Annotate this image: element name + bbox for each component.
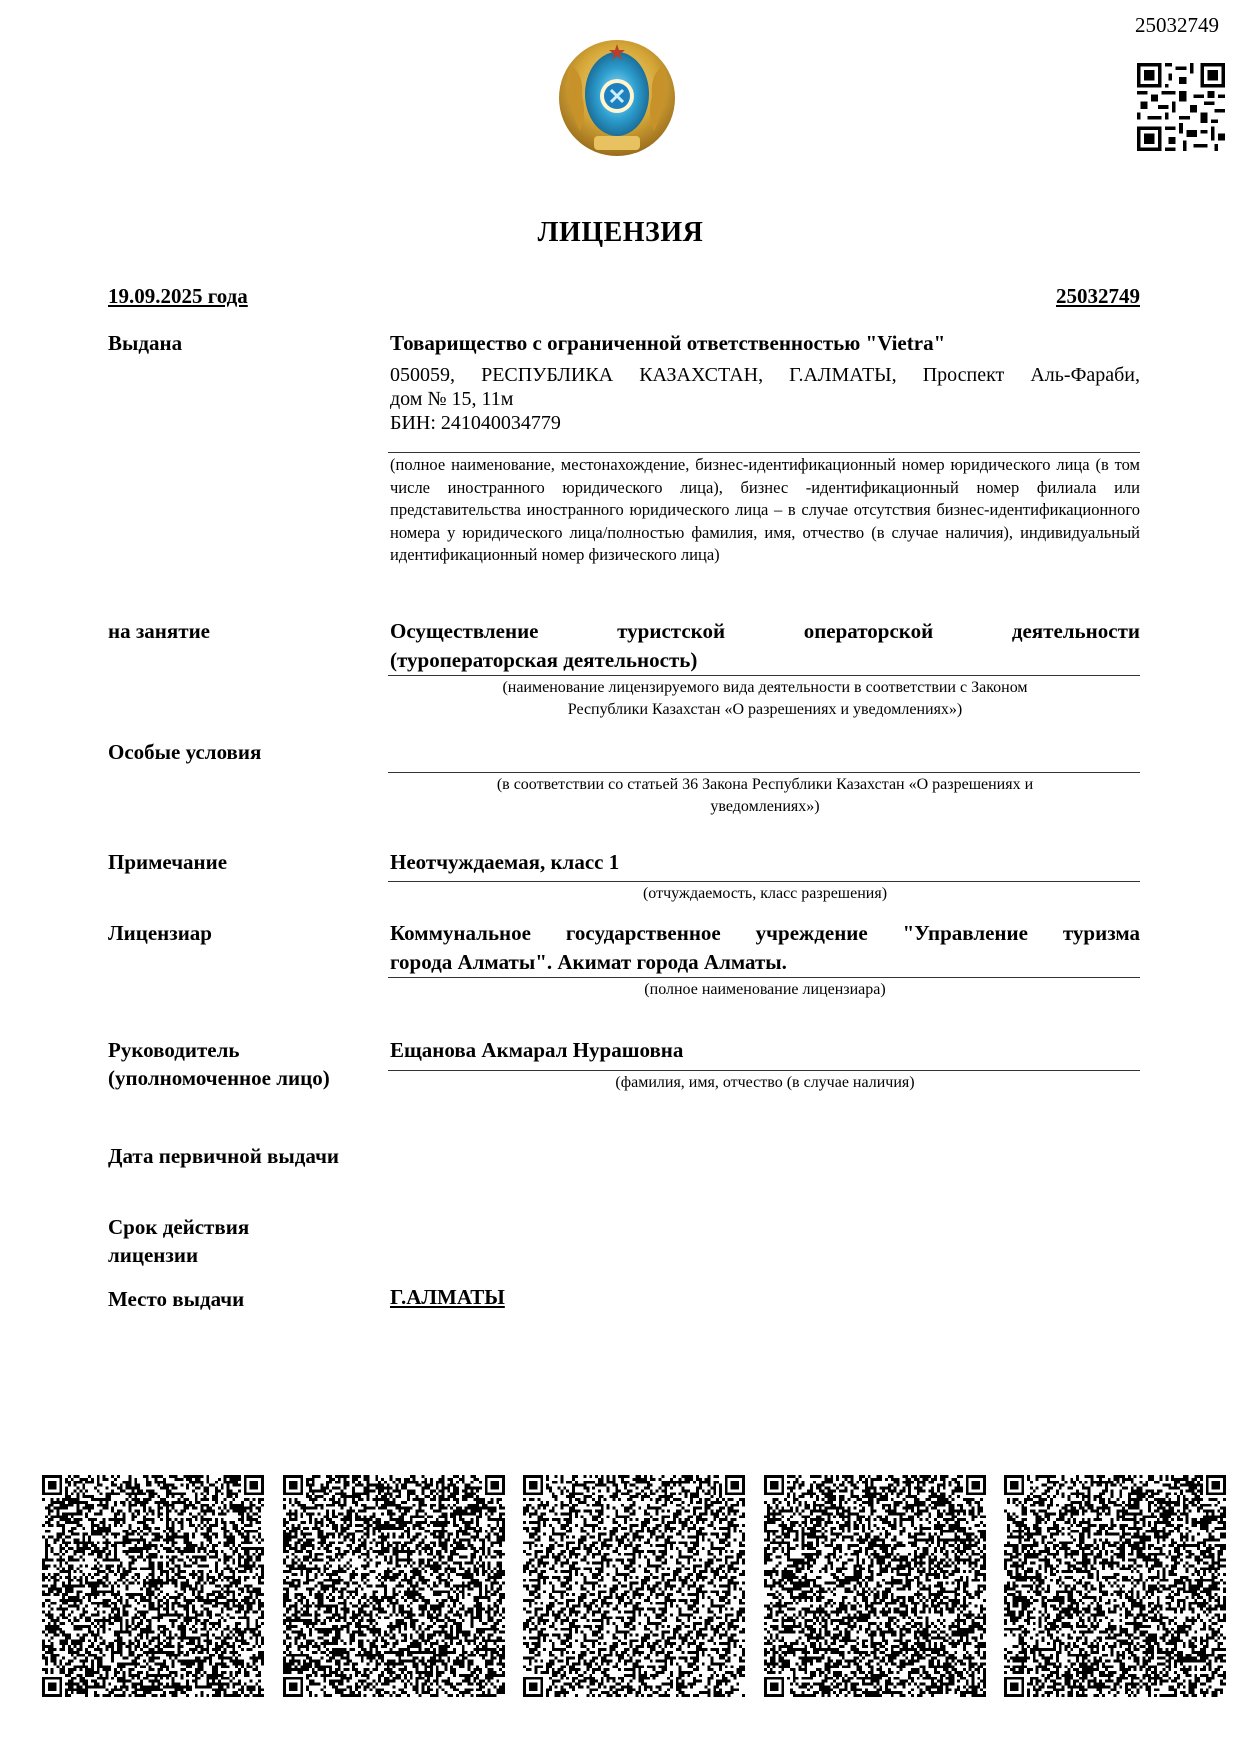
head-value: Ещанова Акмарал Нурашовна [390, 1036, 1140, 1065]
note-label: Примечание [108, 848, 388, 876]
note-hint: (отчуждаемость, класс разрешения) [390, 883, 1140, 905]
validity-label-line2: лицензии [108, 1241, 388, 1269]
licensor-value-line1: Коммунальное государственное учреждение … [390, 919, 1140, 948]
place-of-issue-value: Г.АЛМАТЫ [390, 1285, 505, 1310]
issued-to-label: Выдана [108, 329, 388, 357]
divider [388, 675, 1140, 676]
validity-label: Срок действия лицензии [108, 1213, 388, 1269]
divider [388, 977, 1140, 978]
qr-code-icon [42, 1475, 264, 1697]
qr-code-icon [283, 1475, 505, 1697]
issued-to-block: Товарищество с ограниченной ответственно… [390, 329, 1140, 435]
activity-hint: (наименование лицензируемого вида деятел… [390, 677, 1140, 721]
licensor-block: Коммунальное государственное учреждение … [390, 919, 1140, 977]
state-emblem-icon [552, 36, 682, 166]
licensor-value-line2: города Алматы". Акимат города Алматы. [390, 948, 1140, 977]
note-value: Неотчуждаемая, класс 1 [390, 848, 1140, 877]
licensee-bin: БИН: 241040034779 [390, 411, 1140, 435]
issue-date: 19.09.2025 года [108, 284, 248, 309]
place-of-issue-label: Место выдачи [108, 1285, 388, 1313]
licensor-label: Лицензиар [108, 919, 388, 947]
qr-code-icon [1004, 1475, 1226, 1697]
activity-hint-line1: (наименование лицензируемого вида деятел… [390, 677, 1140, 699]
special-conditions-label: Особые условия [108, 738, 388, 766]
head-label-line1: Руководитель [108, 1036, 388, 1064]
activity-block: Осуществление туристской операторской де… [390, 617, 1140, 675]
special-conditions-hint-line1: (в соответствии со статьей 36 Закона Рес… [390, 774, 1140, 796]
first-issue-date-label: Дата первичной выдачи [108, 1142, 408, 1170]
licensee-name: Товарищество с ограниченной ответственно… [390, 329, 1140, 358]
qr-code-icon [1137, 63, 1225, 151]
activity-hint-line2: Республики Казахстан «О разрешениях и ув… [390, 699, 1140, 721]
head-label-line2: (уполномоченное лицо) [108, 1064, 388, 1092]
licensee-address-line2: дом № 15, 11м [390, 387, 1140, 411]
qr-code-row [42, 1475, 1226, 1697]
head-label: Руководитель (уполномоченное лицо) [108, 1036, 388, 1092]
activity-label: на занятие [108, 617, 388, 645]
head-hint: (фамилия, имя, отчество (в случае наличи… [390, 1072, 1140, 1094]
document-number-top: 25032749 [1135, 13, 1219, 38]
activity-value-line1: Осуществление туристской операторской де… [390, 617, 1140, 646]
divider [388, 881, 1140, 882]
divider [388, 452, 1140, 453]
document-title: ЛИЦЕНЗИЯ [0, 217, 1241, 249]
divider [388, 772, 1140, 773]
qr-code-icon [764, 1475, 986, 1697]
divider [388, 1070, 1140, 1071]
licensor-hint: (полное наименование лицензиара) [390, 979, 1140, 1001]
special-conditions-hint: (в соответствии со статьей 36 Закона Рес… [390, 774, 1140, 818]
activity-value-line2: (туроператорская деятельность) [390, 646, 1140, 675]
issued-to-hint: (полное наименование, местонахождение, б… [390, 454, 1140, 567]
licensee-address-line1: 050059, РЕСПУБЛИКА КАЗАХСТАН, Г.АЛМАТЫ, … [390, 363, 1140, 387]
validity-label-line1: Срок действия [108, 1213, 388, 1241]
special-conditions-hint-line2: уведомлениях») [390, 796, 1140, 818]
license-number: 25032749 [1056, 284, 1140, 309]
qr-code-icon [523, 1475, 745, 1697]
